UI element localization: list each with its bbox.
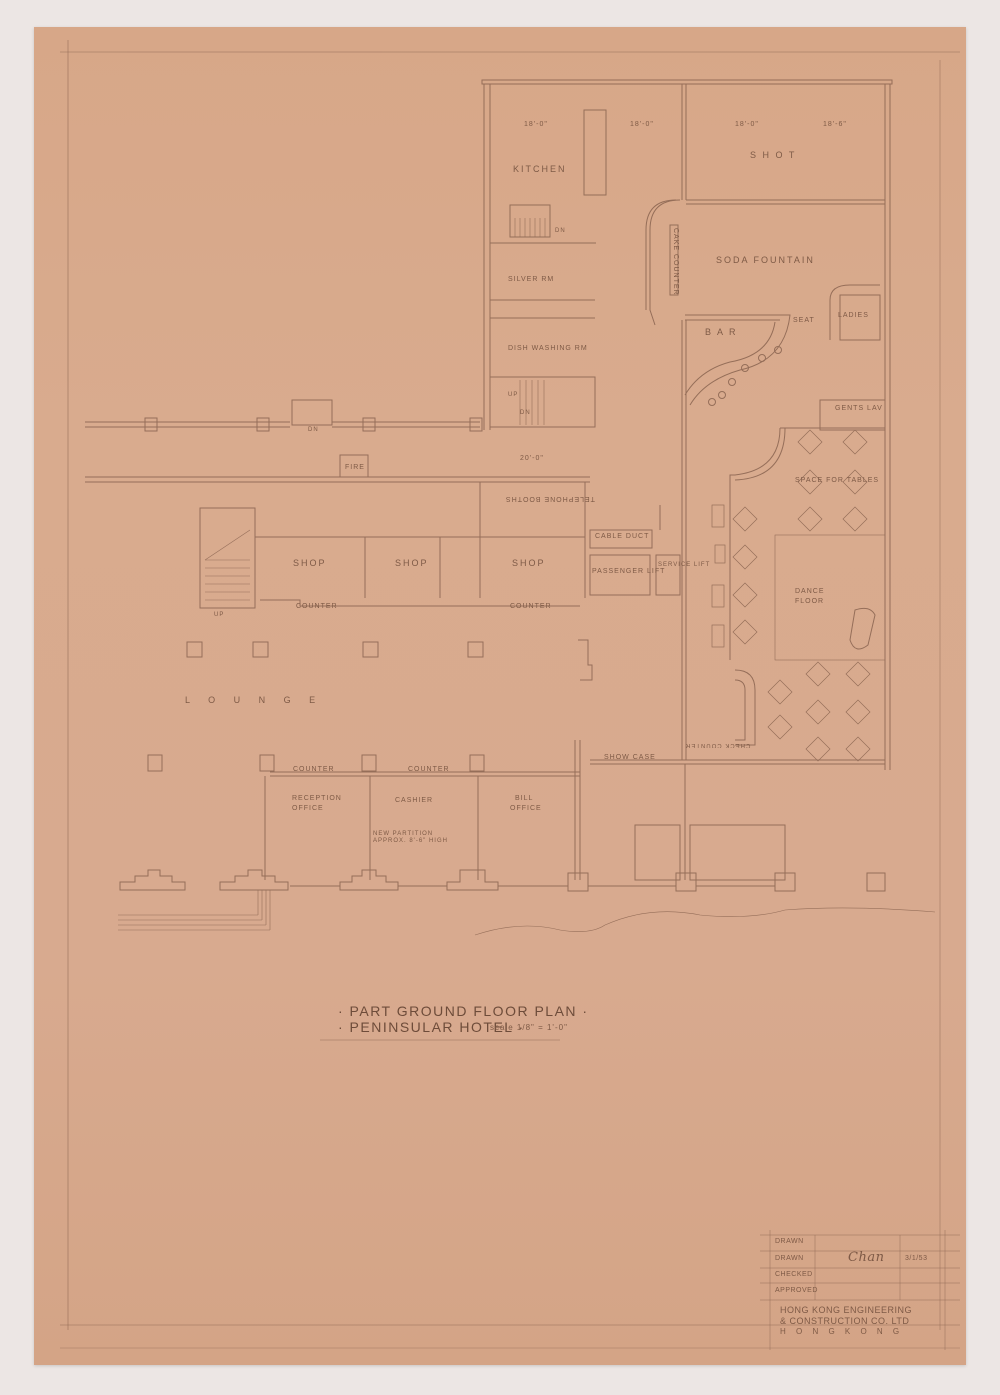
label-new-partition-1: New Partition [373,831,433,837]
label-stair-dn-1: DN [555,228,566,234]
label-seat: Seat [793,317,815,324]
title-block-firm-line2: & Construction Co. Ltd [780,1316,909,1326]
label-counter-1: Counter [296,603,338,610]
room-kitchen: Kitchen [513,164,567,174]
label-cable-duct: Cable Duct [595,533,649,540]
dimension-3: 18'-0" [735,121,759,128]
label-new-partition-2: approx. 8'-6" high [373,838,448,844]
label-space-for-tables: Space for Tables [795,477,879,484]
room-dance-floor-1: Dance [795,588,825,595]
floor-plan-drawing [0,0,1000,1395]
room-bill-office-1: Bill [515,795,533,802]
title-block: Drawn Drawn Chan 3/1/53 Checked Approved… [760,1233,965,1353]
drawing-scale: scale 1/8" = 1'-0" [490,1023,568,1032]
room-reception-office-2: Office [292,805,324,812]
title-block-label-drawn: Drawn [775,1238,804,1245]
room-soda-fountain: Soda Fountain [716,255,815,265]
label-show-case: Show Case [604,754,656,761]
drawing-title-line1: · PART GROUND FLOOR PLAN · [338,1003,589,1019]
label-counter-4: Counter [408,766,450,773]
room-dish-washing-rm: Dish Washing Rm [508,345,588,352]
title-block-label-checked: Checked [775,1271,813,1278]
dimension-4: 18'-6" [823,121,847,128]
room-shop-1: Shop [293,558,327,568]
label-passenger-lift: Passenger Lift [592,568,665,575]
label-stair-up-1: UP [508,392,518,398]
room-reception-office-1: Reception [292,795,342,802]
title-block-label-approved: Approved [775,1287,818,1294]
room-bill-office-2: Office [510,805,542,812]
room-silver-rm: Silver Rm [508,276,554,283]
title-block-label-drawn-2: Drawn [775,1255,804,1262]
label-stair-up-2: UP [214,612,224,618]
label-service-lift: Service Lift [658,562,710,568]
label-check-counter: Check Counter [685,742,750,748]
dimension-1: 18'-0" [524,121,548,128]
label-counter-2: Counter [510,603,552,610]
room-cashier: Cashier [395,797,433,804]
title-block-firm-line3: H O N G K O N G [780,1327,903,1336]
title-block-signature: Chan [848,1250,884,1265]
label-counter-3: Counter [293,766,335,773]
room-shop-2: Shop [395,558,429,568]
room-shop-3: Shop [512,558,546,568]
room-gents-lav: Gents Lav [835,405,883,412]
label-cake-counter: Cake Counter [672,228,679,296]
room-ladies: Ladies [838,312,869,319]
label-fire: Fire [345,464,365,471]
label-stair-dn-3: DN [520,410,531,416]
dimension-5: 20'-0" [520,455,544,462]
title-block-firm-line1: Hong Kong Engineering [780,1305,912,1315]
room-lounge: L O U N G E [185,695,323,705]
label-telephone-booths: Telephone Booths [505,495,595,502]
room-dance-floor-2: Floor [795,598,824,605]
label-stair-dn-2: DN [308,427,319,433]
dimension-2: 18'-0" [630,121,654,128]
room-bar: B A R [705,327,738,337]
title-block-date: 3/1/53 [905,1255,927,1262]
room-shot: S H O T [750,150,796,160]
